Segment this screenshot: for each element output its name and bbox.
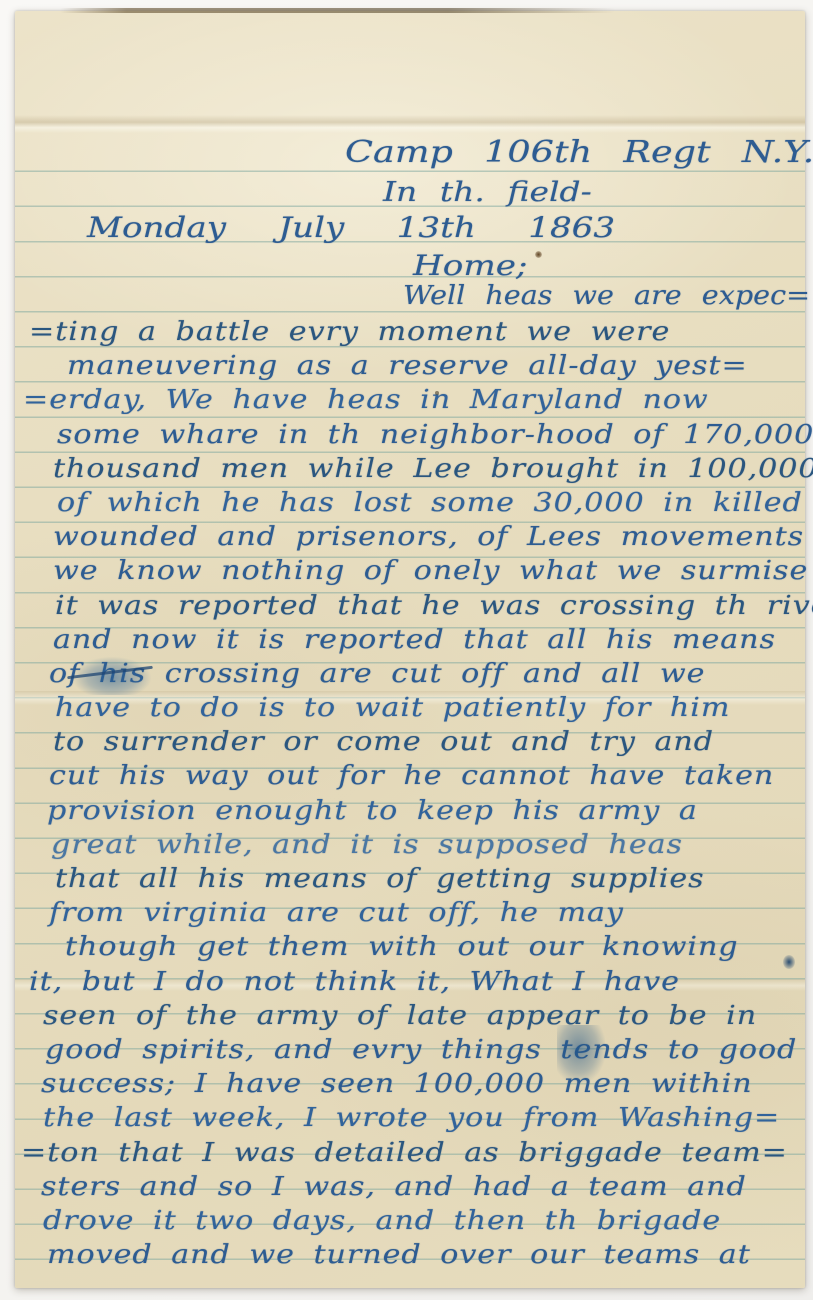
letter-paper: Camp 106th Regt N.Y.V. In th. field- Mon…: [15, 11, 805, 1288]
handwriting-line: seen of the army of late appear to be in: [43, 1001, 813, 1035]
letter-body: =ting a battle evry moment we weremaneuv…: [15, 317, 805, 1274]
handwriting-line: of his crossing are cut off and all we: [49, 659, 813, 693]
handwriting-line: from virginia are cut off, he may: [49, 898, 813, 932]
handwriting-line: have to do is to wait patiently for him: [55, 693, 813, 727]
letter-header-camp: Camp 106th Regt N.Y.V.: [345, 135, 813, 170]
handwriting-line: =erday, We have heas in Maryland now: [23, 385, 813, 419]
handwriting-line: and now it is reported that all his mean…: [53, 625, 813, 659]
handwriting-line: it, but I do not think it, What I have: [29, 967, 813, 1001]
handwriting-line: thousand men while Lee brought in 100,00…: [53, 454, 813, 488]
handwriting-line: maneuvering as a reserve all-day yest=: [67, 351, 813, 385]
handwriting-line: some whare in th neighbor-hood of 170,00…: [57, 420, 813, 454]
handwriting-line: =ton that I was detailed as briggade tea…: [21, 1138, 813, 1172]
letter-header-date: Monday July 13th 1863: [87, 211, 615, 244]
handwriting-line: wounded and prisenors, of Lees movements: [53, 522, 813, 556]
handwriting-line: drove it two days, and then th brigade: [43, 1206, 813, 1240]
handwriting-line: that all his means of getting supplies: [55, 864, 813, 898]
paper-top-edge: [60, 8, 615, 13]
handwriting-line: great while, and it is supposed heas: [51, 830, 813, 864]
handwriting-line: it was reported that he was crossing th …: [55, 591, 813, 625]
handwriting-line: provision enought to keep his army a: [47, 796, 813, 830]
fold-crease-top: [15, 115, 805, 133]
handwriting-line: to surrender or come out and try and: [53, 727, 813, 761]
handwriting-line: =ting a battle evry moment we were: [29, 317, 813, 351]
letter-salutation: Home;: [413, 249, 527, 282]
letter-opening-line: Well heas we are expec=: [403, 281, 810, 311]
handwriting-line: we know nothing of onely what we surmise: [53, 556, 813, 590]
handwriting-line: the last week, I wrote you from Washing=: [43, 1103, 813, 1137]
handwriting-line: sters and so I was, and had a team and: [41, 1172, 813, 1206]
letter-header-field: In th. field-: [383, 177, 592, 208]
letter-scan-background: Camp 106th Regt N.Y.V. In th. field- Mon…: [0, 0, 813, 1300]
handwriting-line: though get them with out our knowing: [65, 932, 813, 966]
handwriting-line: of which he has lost some 30,000 in kill…: [57, 488, 813, 522]
handwriting-line: success; I have seen 100,000 men within: [41, 1069, 813, 1103]
handwriting-line: good spirits, and evry things tends to g…: [45, 1035, 813, 1069]
handwriting-line: moved and we turned over our teams at: [47, 1240, 813, 1274]
handwriting-line: cut his way out for he cannot have taken: [49, 761, 813, 795]
